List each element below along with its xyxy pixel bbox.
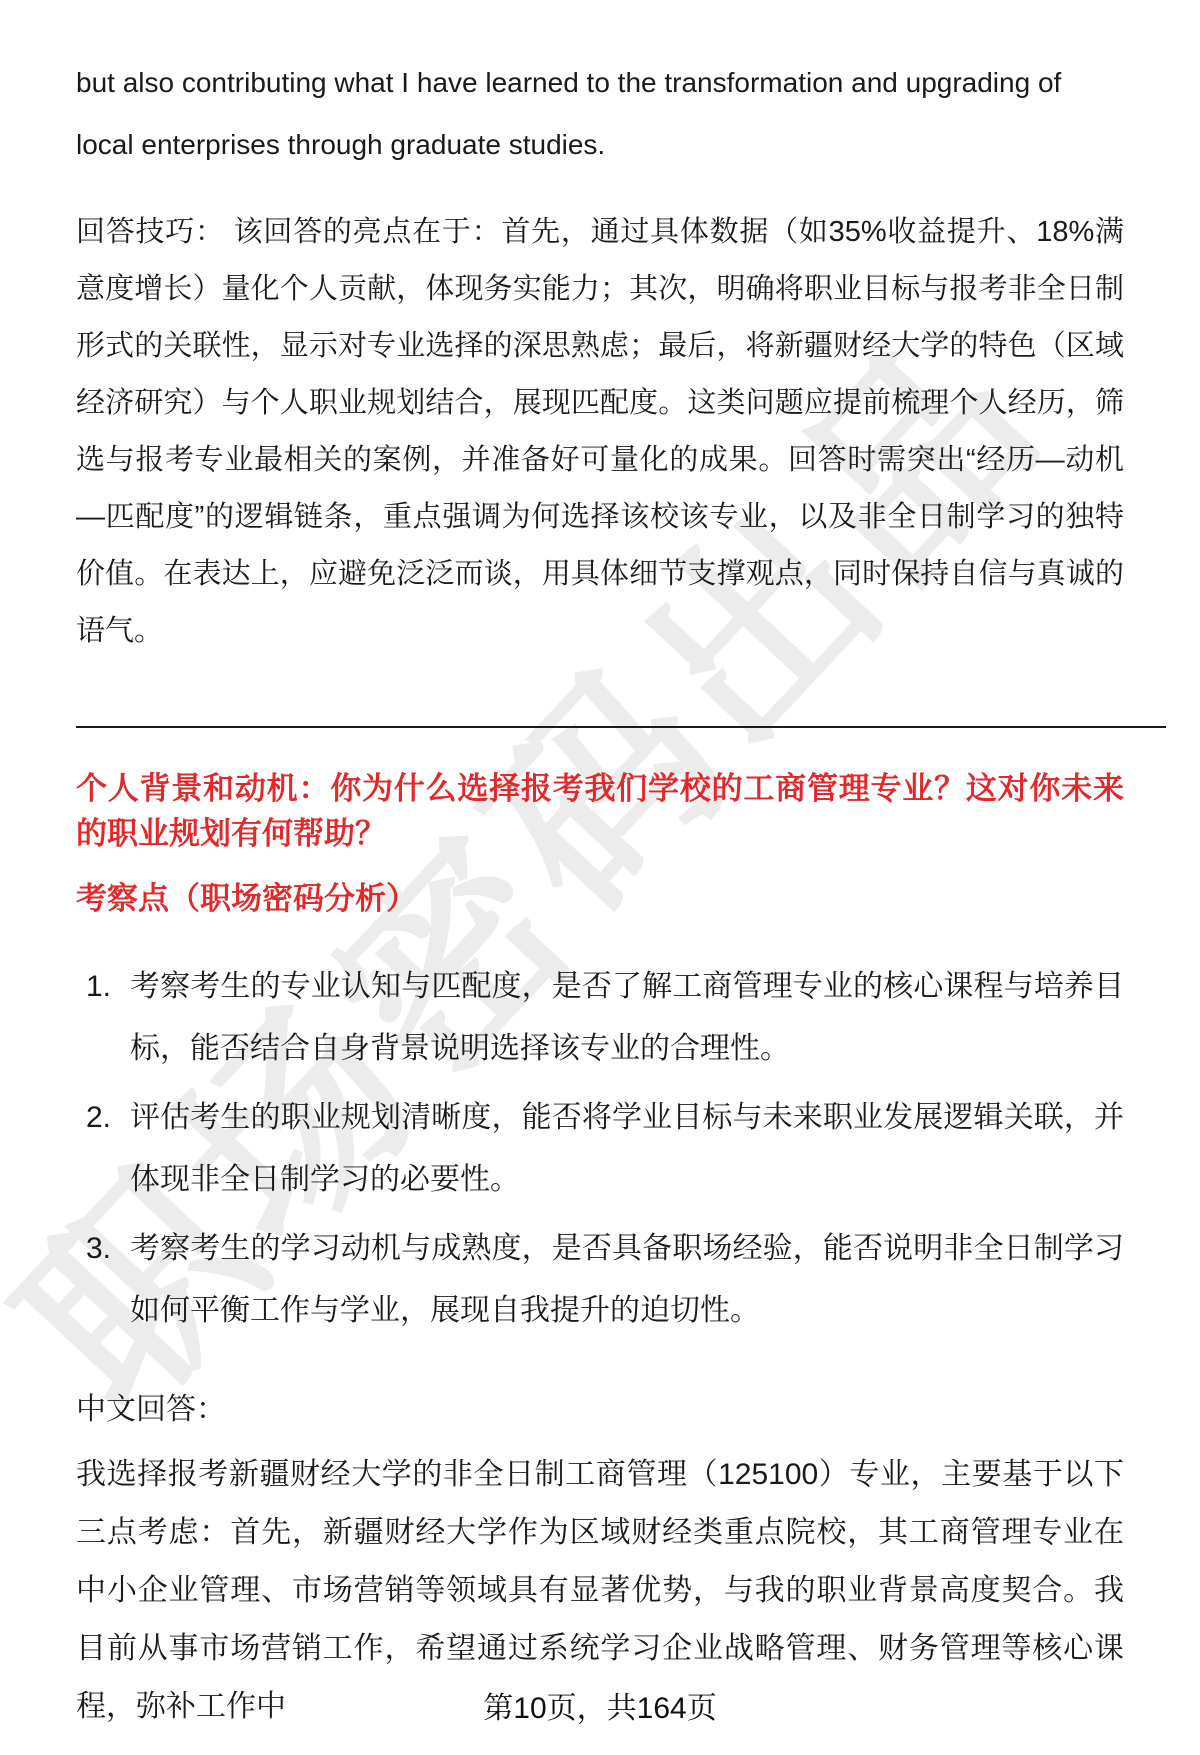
exam-point-item-2: 2. 评估考生的职业规划清晰度，能否将学业目标与未来职业发展逻辑关联，并体现非全… xyxy=(76,1087,1124,1211)
chinese-answer-label: 中文回答： xyxy=(76,1388,1124,1432)
analysis-points-heading: 考察点（职场密码分析） xyxy=(76,878,1124,920)
exam-point-number: 1. xyxy=(86,956,111,1018)
question-heading: 个人背景和动机：你为什么选择报考我们学校的工商管理专业？这对你未来的职业规划有何… xyxy=(76,766,1124,856)
exam-point-item-3: 3. 考察考生的学习动机与成熟度，是否具备职场经验，能否说明非全日制学习如何平衡… xyxy=(76,1218,1124,1342)
english-paragraph: but also contributing what I have learne… xyxy=(76,52,1124,176)
page-number-footer: 第10页，共164页 xyxy=(0,1683,1200,1727)
section-divider xyxy=(76,726,1166,728)
answer-tips-paragraph: 回答技巧： 该回答的亮点在于：首先，通过具体数据（如35%收益提升、18%满意度… xyxy=(76,204,1124,660)
exam-point-text: 考察考生的学习动机与成熟度，是否具备职场经验，能否说明非全日制学习如何平衡工作与… xyxy=(130,1232,1124,1327)
exam-point-item-1: 1. 考察考生的专业认知与匹配度，是否了解工商管理专业的核心课程与培养目标，能否… xyxy=(76,956,1124,1080)
document-page: 职场密码出品 but also contributing what I have… xyxy=(0,0,1200,1755)
exam-point-text: 评估考生的职业规划清晰度，能否将学业目标与未来职业发展逻辑关联，并体现非全日制学… xyxy=(130,1101,1124,1196)
exam-point-number: 3. xyxy=(86,1218,111,1280)
exam-point-number: 2. xyxy=(86,1087,111,1149)
exam-point-text: 考察考生的专业认知与匹配度，是否了解工商管理专业的核心课程与培养目标，能否结合自… xyxy=(130,970,1124,1065)
exam-points-list: 1. 考察考生的专业认知与匹配度，是否了解工商管理专业的核心课程与培养目标，能否… xyxy=(76,956,1124,1342)
page-content: but also contributing what I have learne… xyxy=(0,0,1200,1736)
